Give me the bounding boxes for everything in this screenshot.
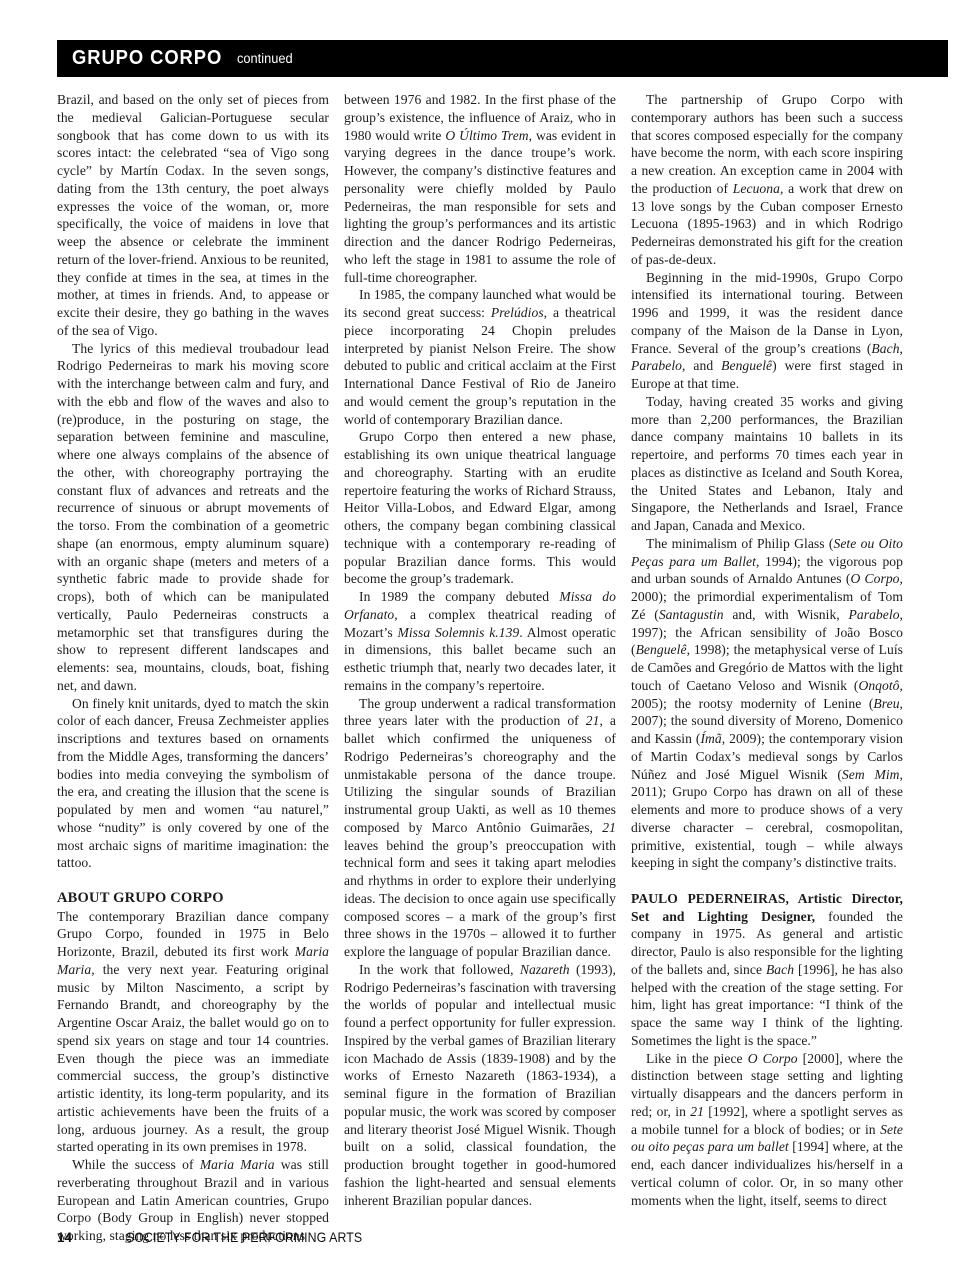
article-body: Brazil, and based on the only set of pie… [57, 91, 903, 1245]
paragraph: In 1985, the company launched what would… [344, 286, 616, 428]
paragraph: In 1989 the company debuted Missa do Orf… [344, 588, 616, 695]
text-column-3: The partnership of Grupo Corpo with cont… [631, 91, 903, 1245]
section-title: GRUPO CORPO [72, 47, 222, 70]
paragraph: The lyrics of this medieval troubadour l… [57, 340, 329, 695]
paragraph: The contemporary Brazilian dance company… [57, 908, 329, 1157]
page-number: 14 [57, 1230, 72, 1245]
paragraph: On finely knit unitards, dyed to match t… [57, 695, 329, 873]
magazine-page: GRUPO CORPO continued Brazil, and based … [0, 0, 960, 1265]
section-heading: ABOUT GRUPO CORPO [57, 890, 329, 908]
section-header-bar: GRUPO CORPO continued [57, 40, 948, 77]
text-column-1: Brazil, and based on the only set of pie… [57, 91, 329, 1245]
continued-label: continued [237, 51, 293, 66]
paragraph: Grupo Corpo then entered a new phase, es… [344, 428, 616, 588]
paragraph: The minimalism of Philip Glass (Sete ou … [631, 535, 903, 872]
paragraph: In the work that followed, Nazareth (199… [344, 961, 616, 1210]
footer-organization: SOCIETY FOR THE PERFORMING ARTS [126, 1229, 362, 1245]
page-footer: 14 SOCIETY FOR THE PERFORMING ARTS [57, 1229, 394, 1245]
paragraph: Brazil, and based on the only set of pie… [57, 91, 329, 340]
paragraph: The group underwent a radical transforma… [344, 695, 616, 961]
text-column-2: between 1976 and 1982. In the first phas… [344, 91, 616, 1245]
paragraph: PAULO PEDERNEIRAS, Artistic Director, Se… [631, 890, 903, 1050]
paragraph: Beginning in the mid-1990s, Grupo Corpo … [631, 269, 903, 393]
paragraph: between 1976 and 1982. In the first phas… [344, 91, 616, 286]
paragraph: The partnership of Grupo Corpo with cont… [631, 91, 903, 269]
paragraph: Today, having created 35 works and givin… [631, 393, 903, 535]
paragraph: Like in the piece O Corpo [2000], where … [631, 1050, 903, 1210]
